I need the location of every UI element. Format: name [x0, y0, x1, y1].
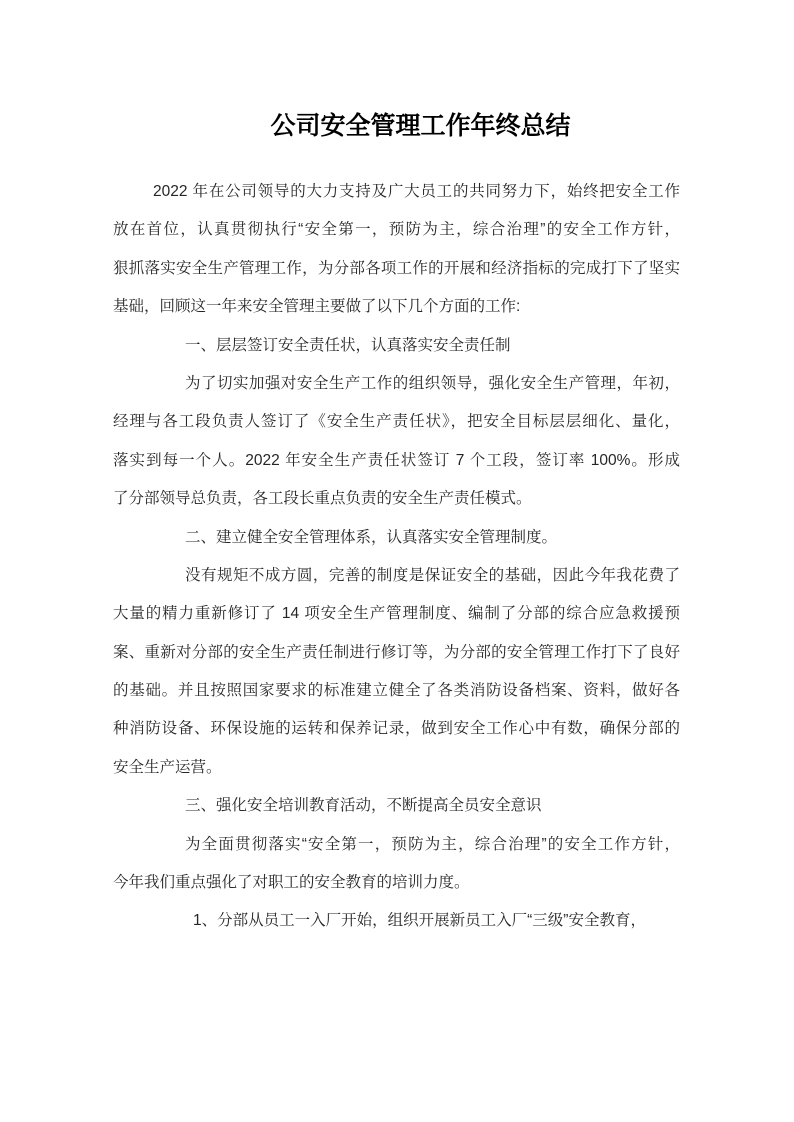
text-line: 案、重新对分部的安全生产责任制进行修订等，为分部的安全管理工作打下了良好 — [113, 634, 680, 672]
text-line: 落实到每一个人。2022 年安全生产责任状签订 7 个工段，签订率 100%。形… — [113, 442, 680, 480]
text-line: 基础，回顾这一年来安全管理主要做了以下几个方面的工作: — [113, 288, 680, 326]
text-line: 1、分部从员工一入厂开始，组织开展新员工入厂“三级”安全教育， — [113, 902, 680, 940]
section-heading: 三、强化安全培训教育活动，不断提高全员安全意识 — [113, 787, 680, 825]
text-line: 今年我们重点强化了对职工的安全教育的培训力度。 — [113, 864, 680, 902]
text-line: 经理与各工段负责人签订了《安全生产责任状》，把安全目标层层细化、量化， — [113, 403, 680, 441]
text-line: 为全面贯彻落实“安全第一，预防为主，综合治理”的安全工作方针， — [113, 826, 680, 864]
text-line: 种消防设备、环保设施的运转和保养记录，做到安全工作心中有数，确保分部的 — [113, 710, 680, 748]
document-page: 公司安全管理工作年终总结 2022 年在公司领导的大力支持及广大员工的共同努力下… — [0, 0, 794, 1122]
text-line: 狠抓落实安全生产管理工作，为分部各项工作的开展和经济指标的完成打下了坚实 — [113, 250, 680, 288]
section-heading: 一、层层签订安全责任状，认真落实安全责任制 — [113, 327, 680, 365]
text-line: 为了切实加强对安全生产工作的组织领导，强化安全生产管理，年初， — [113, 365, 680, 403]
text-line: 没有规矩不成方圆，完善的制度是保证安全的基础，因此今年我花费了 — [113, 557, 680, 595]
section-heading: 二、建立健全安全管理体系，认真落实安全管理制度。 — [113, 519, 680, 557]
text-line: 了分部领导总负责，各工段长重点负责的安全生产责任模式。 — [113, 480, 680, 518]
text-line: 安全生产运营。 — [113, 749, 680, 787]
document-title: 公司安全管理工作年终总结 — [113, 106, 680, 146]
document-body: 2022 年在公司领导的大力支持及广大员工的共同努力下，始终把安全工作放在首位，… — [113, 173, 680, 941]
text-line: 放在首位，认真贯彻执行“安全第一，预防为主，综合治理”的安全工作方针， — [113, 211, 680, 249]
text-line: 大量的精力重新修订了 14 项安全生产管理制度、编制了分部的综合应急救援预 — [113, 595, 680, 633]
text-line: 的基础。并且按照国家要求的标准建立健全了各类消防设备档案、资料，做好各 — [113, 672, 680, 710]
text-line: 2022 年在公司领导的大力支持及广大员工的共同努力下，始终把安全工作 — [113, 173, 680, 211]
